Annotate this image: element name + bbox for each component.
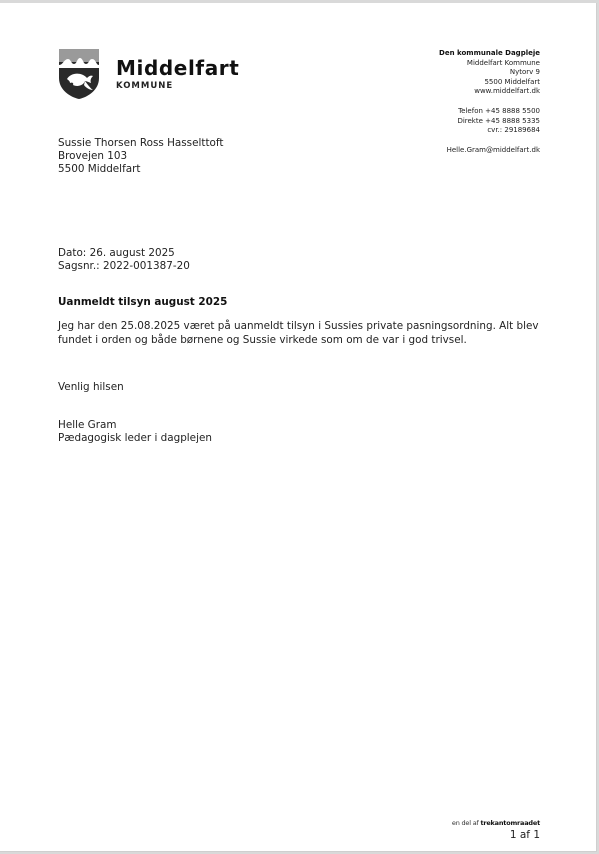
sender-email: Helle.Gram@middelfart.dk — [439, 146, 540, 156]
footer-tag-prefix: en del af — [452, 819, 479, 827]
page-indicator: 1 af 1 — [452, 829, 540, 841]
letter-meta: Dato: 26. august 2025 Sagsnr.: 2022-0013… — [58, 247, 190, 273]
logo-subtitle: KOMMUNE — [116, 81, 239, 91]
letter-body: Jeg har den 25.08.2025 været på uanmeldt… — [58, 320, 558, 347]
footer-tag-brand: trekantomraadet — [480, 819, 540, 827]
letter-date: Dato: 26. august 2025 — [58, 247, 190, 260]
sender-line: Middelfart Kommune — [439, 59, 540, 69]
municipality-logo: Middelfart KOMMUNE — [58, 48, 239, 100]
letter-closing: Venlig hilsen — [58, 381, 124, 393]
sender-address: Nytorv 9 — [439, 68, 540, 78]
sender-cvr: cvr.: 29189684 — [439, 126, 540, 136]
signer-title: Pædagogisk leder i dagplejen — [58, 432, 212, 445]
logo-name: Middelfart — [116, 57, 239, 79]
sender-organization: Den kommunale Dagpleje — [439, 49, 540, 59]
recipient-block: Sussie Thorsen Ross Hasselttoft Brovejen… — [58, 137, 223, 176]
sender-phone: Telefon +45 8888 5500 — [439, 107, 540, 117]
sender-block: Den kommunale Dagpleje Middelfart Kommun… — [439, 49, 540, 155]
case-number: Sagsnr.: 2022-001387-20 — [58, 260, 190, 273]
footer-tagline: en del af trekantomraadet — [452, 819, 540, 827]
recipient-city: 5500 Middelfart — [58, 163, 223, 176]
document-page: Middelfart KOMMUNE Den kommunale Dagplej… — [0, 3, 597, 852]
letter-subject: Uanmeldt tilsyn august 2025 — [58, 296, 227, 308]
signer-name: Helle Gram — [58, 419, 212, 432]
recipient-name: Sussie Thorsen Ross Hasselttoft — [58, 137, 223, 150]
sender-website: www.middelfart.dk — [439, 87, 540, 97]
sender-city: 5500 Middelfart — [439, 78, 540, 88]
coat-of-arms-dolphin-icon — [58, 48, 100, 100]
signature-block: Helle Gram Pædagogisk leder i dagplejen — [58, 419, 212, 445]
page-footer: en del af trekantomraadet 1 af 1 — [452, 819, 540, 841]
sender-direct-phone: Direkte +45 8888 5335 — [439, 117, 540, 127]
recipient-street: Brovejen 103 — [58, 150, 223, 163]
